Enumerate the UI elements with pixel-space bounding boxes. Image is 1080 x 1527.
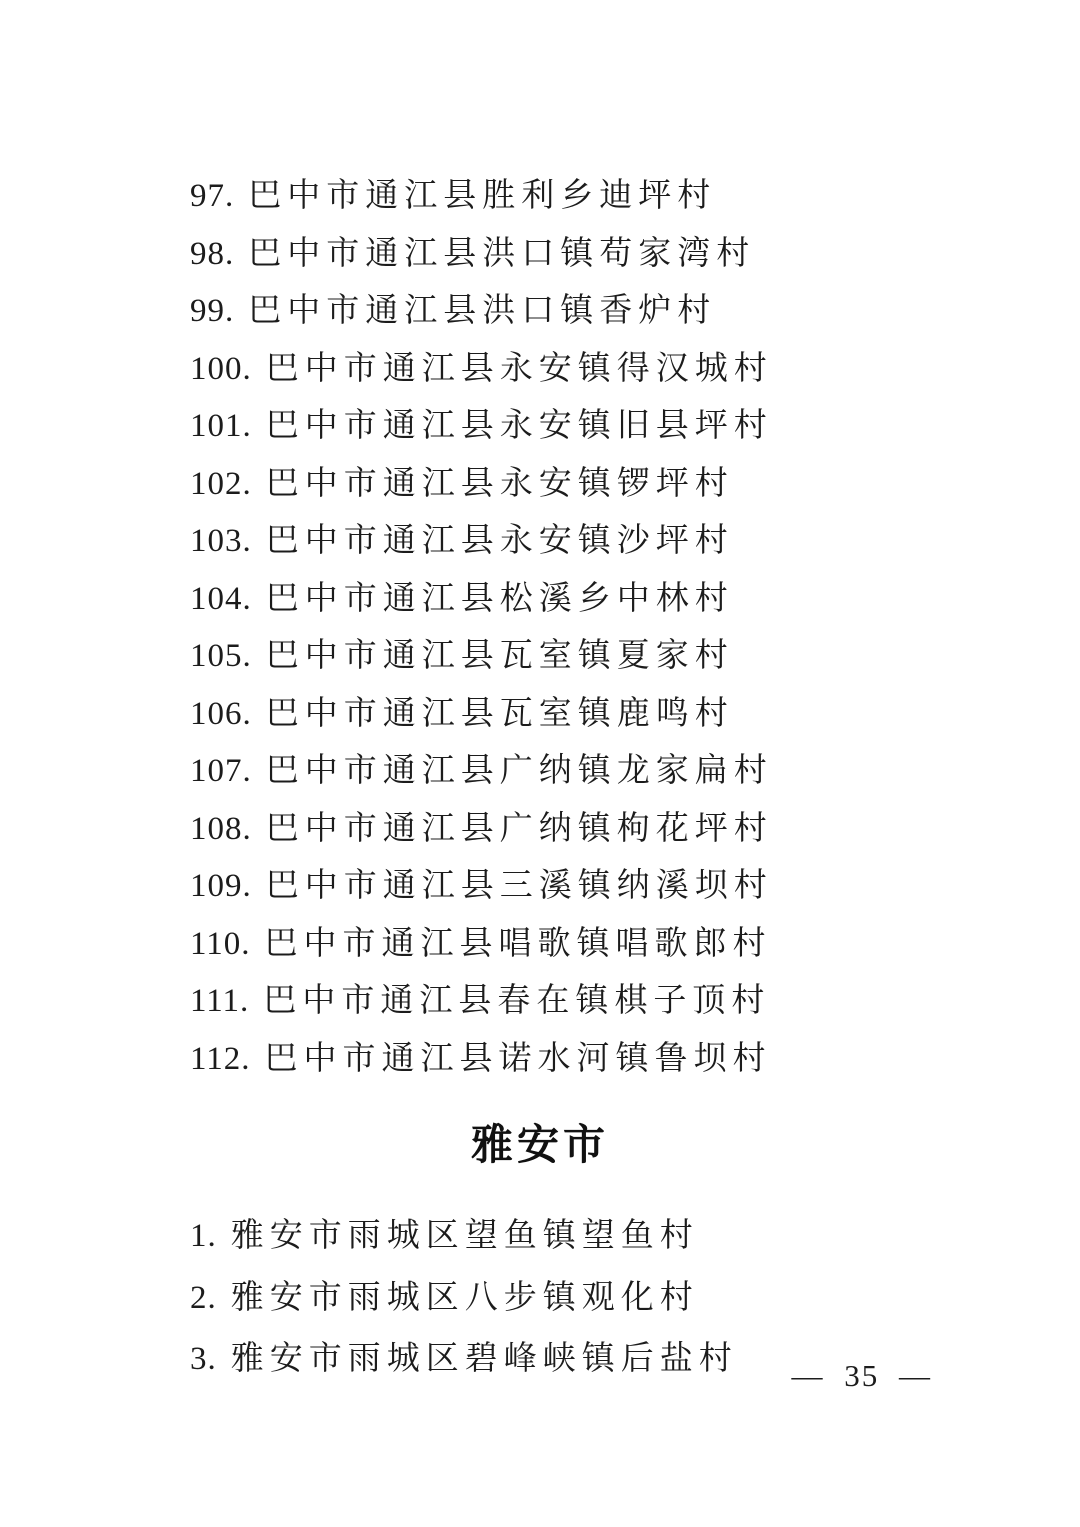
item-number: 109. <box>190 868 252 904</box>
item-text: 巴中市通江县春在镇棋子顶村 <box>263 983 770 1019</box>
village-list-yaan: 1.雅安市雨城区望鱼镇望鱼村2.雅安市雨城区八步镇观化村3.雅安市雨城区碧峰峡镇… <box>190 1206 1080 1391</box>
list-item: 109.巴中市通江县三溪镇纳溪坝村 <box>190 858 1080 916</box>
village-list-bazhong: 97.巴中市通江县胜利乡迪坪村98.巴中市通江县洪口镇苟家湾村99.巴中市通江县… <box>190 168 1080 1088</box>
section-heading-yaan: 雅安市 <box>0 1120 1080 1170</box>
item-number: 97. <box>190 178 234 214</box>
item-number: 105. <box>190 638 252 674</box>
document-content: 97.巴中市通江县胜利乡迪坪村98.巴中市通江县洪口镇苟家湾村99.巴中市通江县… <box>0 0 1080 1391</box>
list-item: 112.巴中市通江县诺水河镇鲁坝村 <box>190 1031 1080 1089</box>
item-text: 雅安市雨城区碧峰峡镇后盐村 <box>231 1341 738 1377</box>
item-number: 108. <box>190 811 252 847</box>
item-text: 巴中市通江县永安镇旧县坪村 <box>266 408 773 444</box>
item-text: 巴中市通江县三溪镇纳溪坝村 <box>266 868 773 904</box>
list-item: 107.巴中市通江县广纳镇龙家扁村 <box>190 743 1080 801</box>
item-text: 巴中市通江县洪口镇香炉村 <box>248 293 716 329</box>
item-number: 99. <box>190 293 234 329</box>
item-text: 巴中市通江县洪口镇苟家湾村 <box>248 236 755 272</box>
item-text: 巴中市通江县广纳镇枸花坪村 <box>266 811 773 847</box>
item-number: 1. <box>190 1218 217 1254</box>
item-number: 110. <box>190 926 251 962</box>
item-number: 107. <box>190 753 252 789</box>
item-text: 雅安市雨城区望鱼镇望鱼村 <box>231 1218 699 1254</box>
item-number: 111. <box>190 983 249 1019</box>
item-number: 101. <box>190 408 252 444</box>
item-text: 巴中市通江县松溪乡中林村 <box>266 581 734 617</box>
page-number: — 35 — <box>792 1358 933 1394</box>
item-text: 巴中市通江县瓦室镇鹿鸣村 <box>266 696 734 732</box>
item-text: 巴中市通江县永安镇锣坪村 <box>266 466 734 502</box>
list-item: 3.雅安市雨城区碧峰峡镇后盐村 <box>190 1329 1080 1391</box>
list-item: 108.巴中市通江县广纳镇枸花坪村 <box>190 801 1080 859</box>
item-number: 2. <box>190 1280 217 1316</box>
list-item: 111.巴中市通江县春在镇棋子顶村 <box>190 973 1080 1031</box>
item-number: 112. <box>190 1041 251 1077</box>
list-item: 103.巴中市通江县永安镇沙坪村 <box>190 513 1080 571</box>
item-text: 巴中市通江县瓦室镇夏家村 <box>266 638 734 674</box>
item-number: 98. <box>190 236 234 272</box>
list-item: 106.巴中市通江县瓦室镇鹿鸣村 <box>190 686 1080 744</box>
list-item: 97.巴中市通江县胜利乡迪坪村 <box>190 168 1080 226</box>
item-text: 巴中市通江县广纳镇龙家扁村 <box>266 753 773 789</box>
item-text: 巴中市通江县唱歌镇唱歌郎村 <box>265 926 772 962</box>
item-number: 106. <box>190 696 252 732</box>
list-item: 105.巴中市通江县瓦室镇夏家村 <box>190 628 1080 686</box>
item-number: 100. <box>190 351 252 387</box>
list-item: 104.巴中市通江县松溪乡中林村 <box>190 571 1080 629</box>
item-text: 巴中市通江县永安镇得汉城村 <box>266 351 773 387</box>
list-item: 102.巴中市通江县永安镇锣坪村 <box>190 456 1080 514</box>
item-number: 104. <box>190 581 252 617</box>
list-item: 2.雅安市雨城区八步镇观化村 <box>190 1268 1080 1330</box>
item-text: 雅安市雨城区八步镇观化村 <box>231 1280 699 1316</box>
list-item: 110.巴中市通江县唱歌镇唱歌郎村 <box>190 916 1080 974</box>
list-item: 99.巴中市通江县洪口镇香炉村 <box>190 283 1080 341</box>
document-page: 97.巴中市通江县胜利乡迪坪村98.巴中市通江县洪口镇苟家湾村99.巴中市通江县… <box>0 0 1080 1527</box>
item-number: 103. <box>190 523 252 559</box>
item-number: 102. <box>190 466 252 502</box>
list-item: 98.巴中市通江县洪口镇苟家湾村 <box>190 226 1080 284</box>
list-item: 1.雅安市雨城区望鱼镇望鱼村 <box>190 1206 1080 1268</box>
item-text: 巴中市通江县胜利乡迪坪村 <box>248 178 716 214</box>
list-item: 101.巴中市通江县永安镇旧县坪村 <box>190 398 1080 456</box>
item-text: 巴中市通江县永安镇沙坪村 <box>266 523 734 559</box>
item-number: 3. <box>190 1341 217 1377</box>
item-text: 巴中市通江县诺水河镇鲁坝村 <box>265 1041 772 1077</box>
list-item: 100.巴中市通江县永安镇得汉城村 <box>190 341 1080 399</box>
